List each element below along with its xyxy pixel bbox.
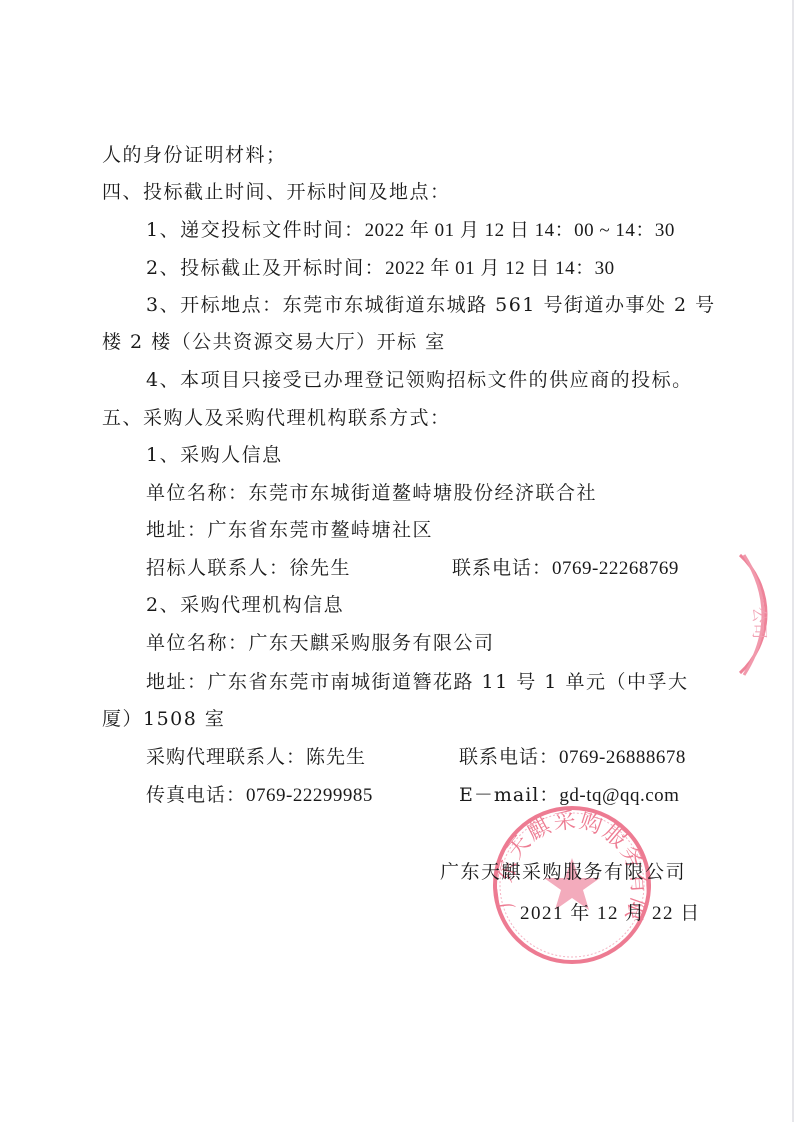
purchaser-contact: 招标人联系人：徐先生 <box>146 556 351 580</box>
bid-deadline-time-value: 2022 年 01 月 12 日 14：30 <box>385 258 615 279</box>
purchaser-contact-label: 招标人联系人： <box>146 557 290 579</box>
bid-submission-time-label: 1、递交投标文件时间： <box>146 219 365 241</box>
signature-date: 2021 年 12 月 22 日 <box>520 902 701 926</box>
agency-name-value: 广东天麒采购服务有限公司 <box>249 632 495 654</box>
bid-opening-location-cont: 楼 2 楼（公共资源交易大厅）开标 室 <box>102 330 446 354</box>
agency-name-label: 单位名称： <box>146 632 249 654</box>
agency-contact-label: 采购代理联系人： <box>146 746 306 768</box>
bid-opening-location: 3、开标地点：东莞市东城街道东城路 561 号街道办事处 2 号 <box>146 293 716 317</box>
purchaser-address-label: 地址： <box>146 519 208 541</box>
agency-phone-label: 联系电话： <box>459 746 559 768</box>
bid-deadline-time: 2、投标截止及开标时间：2022 年 01 月 12 日 14：30 <box>146 256 615 281</box>
agency-phone-value: 0769-26888678 <box>559 747 686 768</box>
agency-phone: 联系电话：0769-26888678 <box>459 745 686 770</box>
purchaser-phone-value: 0769-22268769 <box>552 558 679 579</box>
agency-fax-label: 传真电话： <box>146 784 246 806</box>
svg-text:公司: 公司 <box>750 607 769 639</box>
agency-title: 2、采购代理机构信息 <box>146 593 344 617</box>
agency-fax-value: 0769-22299985 <box>246 785 373 806</box>
bid-opening-location-label: 3、开标地点： <box>146 294 283 316</box>
section4-heading: 四、投标截止时间、开标时间及地点： <box>102 180 451 204</box>
partial-seal-icon: 公司 <box>734 545 794 685</box>
company-seal-icon: 广东天麒采购服务有限公司 <box>487 800 657 970</box>
agency-address-label: 地址： <box>146 671 208 693</box>
agency-contact-value: 陈先生 <box>306 746 366 768</box>
purchaser-phone-label: 联系电话： <box>452 557 552 579</box>
document-page: 人的身份证明材料； 四、投标截止时间、开标时间及地点： 1、递交投标文件时间：2… <box>0 0 794 1122</box>
purchaser-address-value: 广东省东莞市鳌峙塘社区 <box>208 519 434 541</box>
signature-company: 广东天麒采购服务有限公司 <box>440 860 686 884</box>
agency-contact: 采购代理联系人：陈先生 <box>146 745 366 769</box>
purchaser-phone: 联系电话：0769-22268769 <box>452 556 679 581</box>
agency-address-value: 广东省东莞市南城街道簪花路 11 号 1 单元（中孚大 <box>208 671 689 693</box>
purchaser-name-label: 单位名称： <box>146 482 249 504</box>
purchaser-title: 1、采购人信息 <box>146 443 283 467</box>
agency-address: 地址：广东省东莞市南城街道簪花路 11 号 1 单元（中孚大 <box>146 670 688 694</box>
purchaser-address: 地址：广东省东莞市鳌峙塘社区 <box>146 518 433 542</box>
purchaser-name: 单位名称：东莞市东城街道鳌峙塘股份经济联合社 <box>146 481 597 505</box>
agency-name: 单位名称：广东天麒采购服务有限公司 <box>146 631 495 655</box>
continuation-line: 人的身份证明材料； <box>102 143 287 167</box>
bid-submission-time-value: 2022 年 01 月 12 日 14：00 ~ 14：30 <box>365 220 675 241</box>
purchaser-contact-value: 徐先生 <box>290 557 352 579</box>
bid-deadline-time-label: 2、投标截止及开标时间： <box>146 257 385 279</box>
agency-address-cont: 厦）1508 室 <box>102 707 225 731</box>
bid-submission-time: 1、递交投标文件时间：2022 年 01 月 12 日 14：00 ~ 14：3… <box>146 218 675 243</box>
purchaser-name-value: 东莞市东城街道鳌峙塘股份经济联合社 <box>249 482 598 504</box>
agency-fax: 传真电话：0769-22299985 <box>146 783 373 808</box>
bid-acceptance-note: 4、本项目只接受已办理登记领购招标文件的供应商的投标。 <box>146 368 693 392</box>
section5-heading: 五、采购人及采购代理机构联系方式： <box>102 406 451 430</box>
bid-opening-location-value: 东莞市东城街道东城路 561 号街道办事处 2 号 <box>283 294 716 316</box>
